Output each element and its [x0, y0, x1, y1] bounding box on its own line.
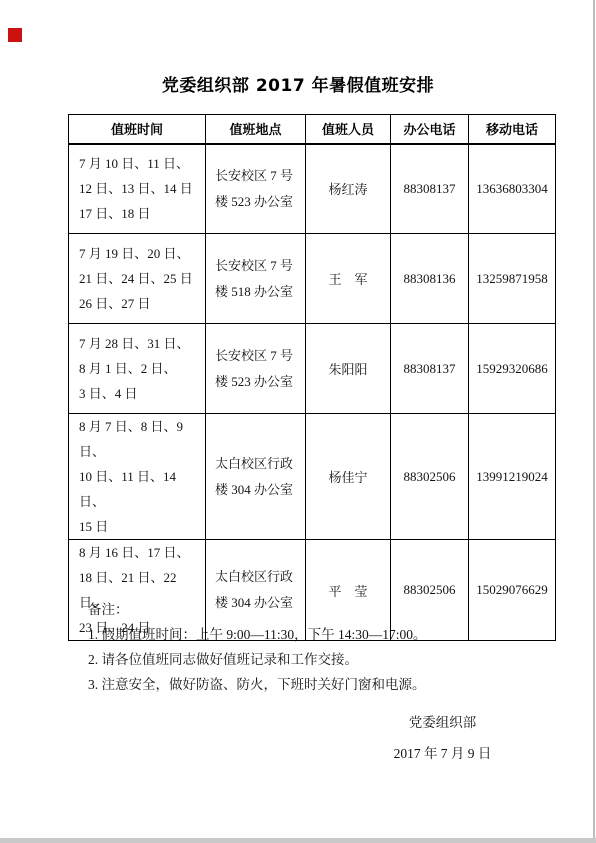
table-header-row: 值班时间 值班地点 值班人员 办公电话 移动电话 — [69, 115, 556, 144]
note-item-1: 1. 假期值班时间：上午 9:00—11:30，下午 14:30—17:00。 — [88, 622, 427, 647]
cell-duty-place: 长安校区 7 号 楼 523 办公室 — [206, 324, 306, 414]
table-row: 8 月 7 日、8 日、9 日、 10 日、11 日、14 日、 15 日 太白… — [69, 414, 556, 540]
note-item-2: 2. 请各位值班同志做好值班记录和工作交接。 — [88, 647, 427, 672]
cell-office-phone: 88308137 — [391, 144, 469, 234]
table-row: 7 月 19 日、20 日、 21 日、24 日、25 日 26 日、27 日 … — [69, 234, 556, 324]
header-cell-duty-time: 值班时间 — [69, 115, 206, 144]
note-item-3: 3. 注意安全，做好防盗、防火，下班时关好门窗和电源。 — [88, 672, 427, 697]
page-bottom-edge — [0, 838, 596, 843]
page-title: 党委组织部 2017 年暑假值班安排 — [0, 71, 596, 96]
signature-block: 党委组织部 2017 年 7 月 9 日 — [360, 707, 525, 769]
cell-mobile-phone: 13991219024 — [469, 414, 556, 540]
cell-duty-time: 7 月 28 日、31 日、 8 月 1 日、2 日、 3 日、4 日 — [69, 324, 206, 414]
red-marker-square — [8, 28, 22, 42]
cell-duty-time: 8 月 7 日、8 日、9 日、 10 日、11 日、14 日、 15 日 — [69, 414, 206, 540]
cell-mobile-phone: 13259871958 — [469, 234, 556, 324]
cell-duty-place: 长安校区 7 号 楼 518 办公室 — [206, 234, 306, 324]
cell-duty-person: 杨红涛 — [306, 144, 391, 234]
table-row: 7 月 28 日、31 日、 8 月 1 日、2 日、 3 日、4 日 长安校区… — [69, 324, 556, 414]
cell-mobile-phone: 15029076629 — [469, 540, 556, 641]
table-row: 7 月 10 日、11 日、 12 日、13 日、14 日 17 日、18 日 … — [69, 144, 556, 234]
cell-office-phone: 88308137 — [391, 324, 469, 414]
cell-office-phone: 88302506 — [391, 414, 469, 540]
header-cell-duty-person: 值班人员 — [306, 115, 391, 144]
cell-duty-place: 太白校区行政 楼 304 办公室 — [206, 414, 306, 540]
cell-mobile-phone: 15929320686 — [469, 324, 556, 414]
header-cell-mobile-phone: 移动电话 — [469, 115, 556, 144]
document-page: { "page": { "title": "党委组织部 2017 年暑假值班安排… — [0, 0, 596, 843]
signature-department: 党委组织部 — [360, 707, 525, 738]
page-right-edge — [593, 0, 595, 838]
cell-office-phone: 88308136 — [391, 234, 469, 324]
cell-duty-person: 杨佳宁 — [306, 414, 391, 540]
notes-section: 备注： 1. 假期值班时间：上午 9:00—11:30，下午 14:30—17:… — [88, 597, 427, 697]
notes-label: 备注： — [88, 597, 427, 622]
cell-duty-time: 7 月 19 日、20 日、 21 日、24 日、25 日 26 日、27 日 — [69, 234, 206, 324]
cell-duty-person: 朱阳阳 — [306, 324, 391, 414]
duty-schedule-table: 值班时间 值班地点 值班人员 办公电话 移动电话 7 月 10 日、11 日、 … — [68, 114, 556, 641]
cell-duty-time: 7 月 10 日、11 日、 12 日、13 日、14 日 17 日、18 日 — [69, 144, 206, 234]
signature-date: 2017 年 7 月 9 日 — [360, 738, 525, 769]
cell-duty-person: 王 军 — [306, 234, 391, 324]
header-cell-office-phone: 办公电话 — [391, 115, 469, 144]
header-cell-duty-place: 值班地点 — [206, 115, 306, 144]
cell-duty-place: 长安校区 7 号 楼 523 办公室 — [206, 144, 306, 234]
cell-mobile-phone: 13636803304 — [469, 144, 556, 234]
